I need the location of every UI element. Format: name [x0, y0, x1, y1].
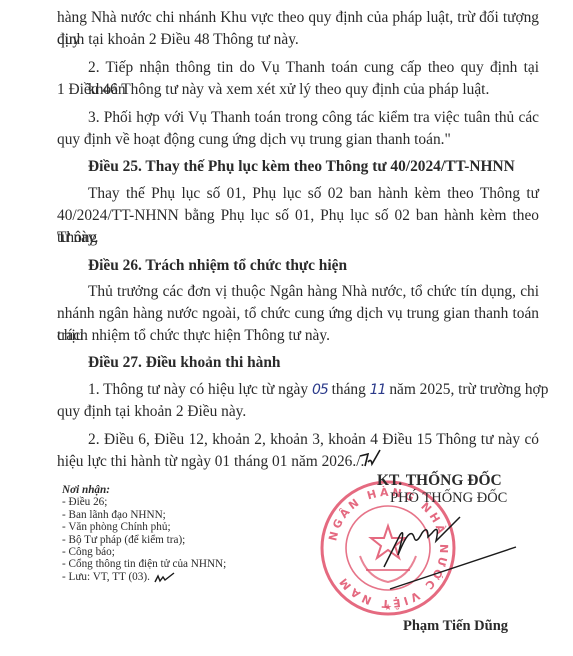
effective-suffix: năm 2025, trừ trường hợp: [385, 381, 548, 398]
signature-title: KT. THỐNG ĐỐC: [377, 472, 502, 490]
recipient-item-archive: - Lưu: VT, TT (03).: [62, 571, 226, 583]
effective-date-line: 1. Thông tư này có hiệu lực từ ngày 05 t…: [88, 379, 539, 401]
handwritten-signature-icon: [370, 515, 520, 595]
paragraph-line: Thay thế Phụ lục số 01, Phụ lục số 02 ba…: [88, 183, 539, 205]
paragraph-line: Thủ trưởng các đơn vị thuộc Ngân hàng Nh…: [88, 281, 539, 303]
recipient-item: - Công báo;: [62, 546, 226, 558]
signer-name: Phạm Tiến Dũng: [403, 618, 508, 635]
effective-prefix: 1. Thông tư này có hiệu lực từ ngày: [88, 381, 312, 398]
handwritten-month: 11: [370, 382, 386, 398]
paragraph-line: định tại khoản 2 Điều 48 Thông tư này.: [57, 29, 539, 51]
paragraph-line: 1 Điều 46 Thông tư này và xem xét xử lý …: [57, 79, 539, 101]
svg-text:★: ★: [384, 603, 392, 613]
recipient-item: - Văn phòng Chính phủ;: [62, 521, 226, 533]
paragraph-line: hiệu lực thi hành từ ngày 01 tháng 01 nă…: [57, 451, 539, 473]
article-26-heading: Điều 26. Trách nhiệm tổ chức thực hiện: [88, 255, 539, 277]
effective-mid: tháng: [328, 381, 370, 398]
paragraph-line: quy định tại khoản 2 Điều này.: [57, 401, 539, 423]
recipient-item: - Điều 26;: [62, 496, 226, 508]
recipient-item: - Ban lãnh đạo NHNN;: [62, 509, 226, 521]
recipient-item: - Cổng thông tin điện tử của NHNN;: [62, 558, 226, 570]
recipients-title: Nơi nhận:: [62, 484, 226, 496]
paragraph-line: quy định về hoạt động cung ứng dịch vụ t…: [57, 129, 539, 151]
initial-mark-icon: [154, 572, 176, 584]
article-25-heading: Điều 25. Thay thế Phụ lục kèm theo Thông…: [88, 156, 539, 178]
handwritten-day: 05: [312, 382, 328, 398]
initial-mark-icon: [358, 448, 388, 470]
recipient-item: - Bộ Tư pháp (để kiểm tra);: [62, 534, 226, 546]
paragraph-line: 2. Điều 6, Điều 12, khoản 2, khoản 3, kh…: [88, 429, 539, 451]
paragraph-line: tư này.: [57, 227, 539, 249]
recipients-block: Nơi nhận: - Điều 26; - Ban lãnh đạo NHNN…: [62, 484, 226, 583]
paragraph-line: trách nhiệm tổ chức thực hiện Thông tư n…: [57, 325, 539, 347]
article-27-heading: Điều 27. Điều khoản thi hành: [88, 352, 539, 374]
paragraph-line: 3. Phối hợp với Vụ Thanh toán trong công…: [88, 107, 539, 129]
signature-subtitle: PHÓ THỐNG ĐỐC: [390, 490, 507, 507]
